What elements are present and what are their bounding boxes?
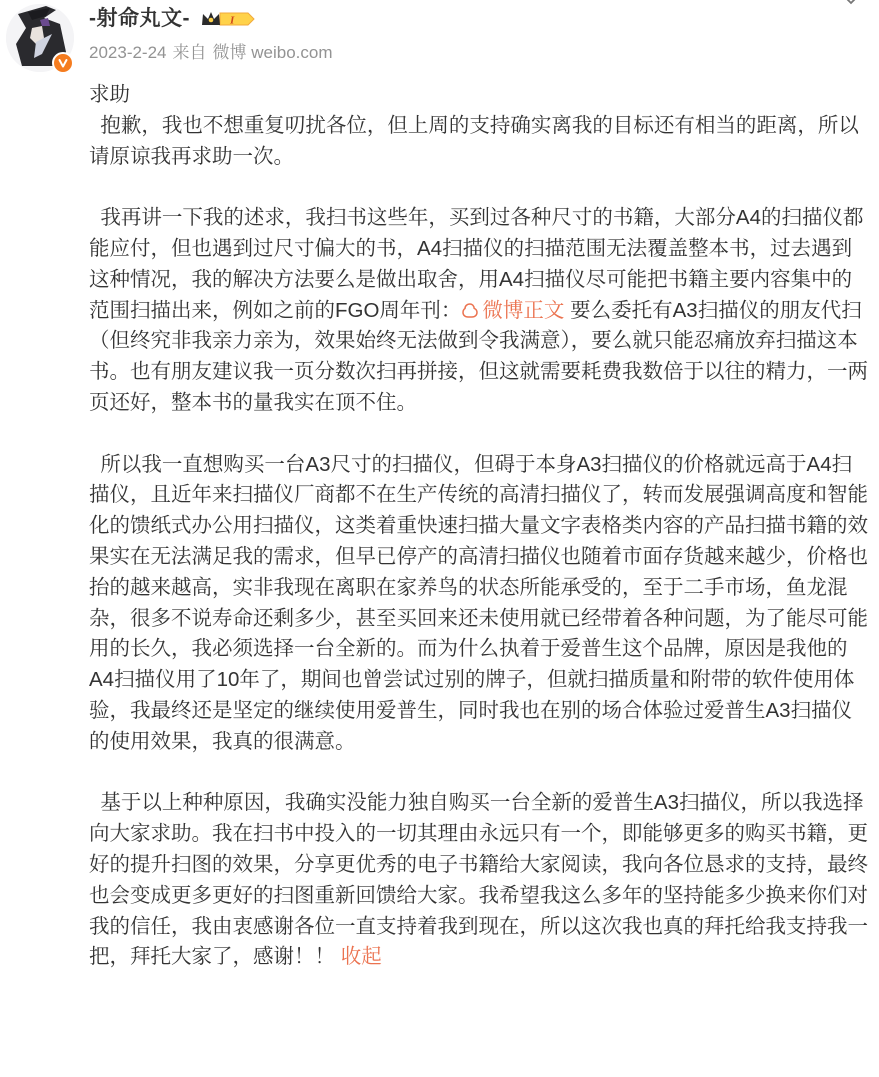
paragraph-1: 抱歉，我也不想重复叨扰各位，但上周的支持确实离我的目标还有相当的距离，所以请原谅… [89, 111, 869, 173]
post-title: 求助 [89, 80, 869, 111]
post-date[interactable]: 2023-2-24 [89, 43, 167, 62]
weibo-link-label: 微博正文 [482, 299, 564, 322]
collapse-button[interactable]: 收起 [341, 945, 382, 968]
post-meta: 2023-2-24来自微博 weibo.com [89, 42, 339, 64]
paragraph-spacer [89, 172, 869, 203]
post-source: 微博 weibo.com [213, 43, 333, 62]
paragraph-spacer [89, 419, 869, 450]
chevron-down-icon[interactable] [840, 0, 862, 8]
paragraph-2: 我再讲一下我的述求，我扫书这些年，买到过各种尺寸的书籍，大部分A4的扫描仪都能应… [89, 203, 869, 419]
paragraph-4-text: 基于以上种种原因，我确实没能力独自购买一台全新的爱普生A3扫描仪，所以我选择向大… [89, 791, 868, 968]
paragraph-3: 所以我一直想购买一台A3尺寸的扫描仪，但碍于本身A3扫描仪的价格就远高于A4扫描… [89, 450, 869, 758]
paragraph-4: 基于以上种种原因，我确实没能力独自购买一台全新的爱普生A3扫描仪，所以我选择向大… [89, 788, 869, 973]
paragraph-spacer [89, 758, 869, 789]
source-prefix: 来自 [173, 43, 207, 62]
author-name[interactable]: -射命丸文- [89, 6, 190, 32]
weibo-post-link[interactable]: 微博正文 [461, 299, 564, 322]
svg-text:I: I [229, 15, 235, 27]
post-content: 求助 抱歉，我也不想重复叨扰各位，但上周的支持确实离我的目标还有相当的距离，所以… [89, 80, 869, 973]
verified-badge-icon [52, 52, 74, 74]
vip-crown-badge-icon[interactable]: I [200, 9, 256, 29]
weibo-link-icon [461, 301, 479, 319]
